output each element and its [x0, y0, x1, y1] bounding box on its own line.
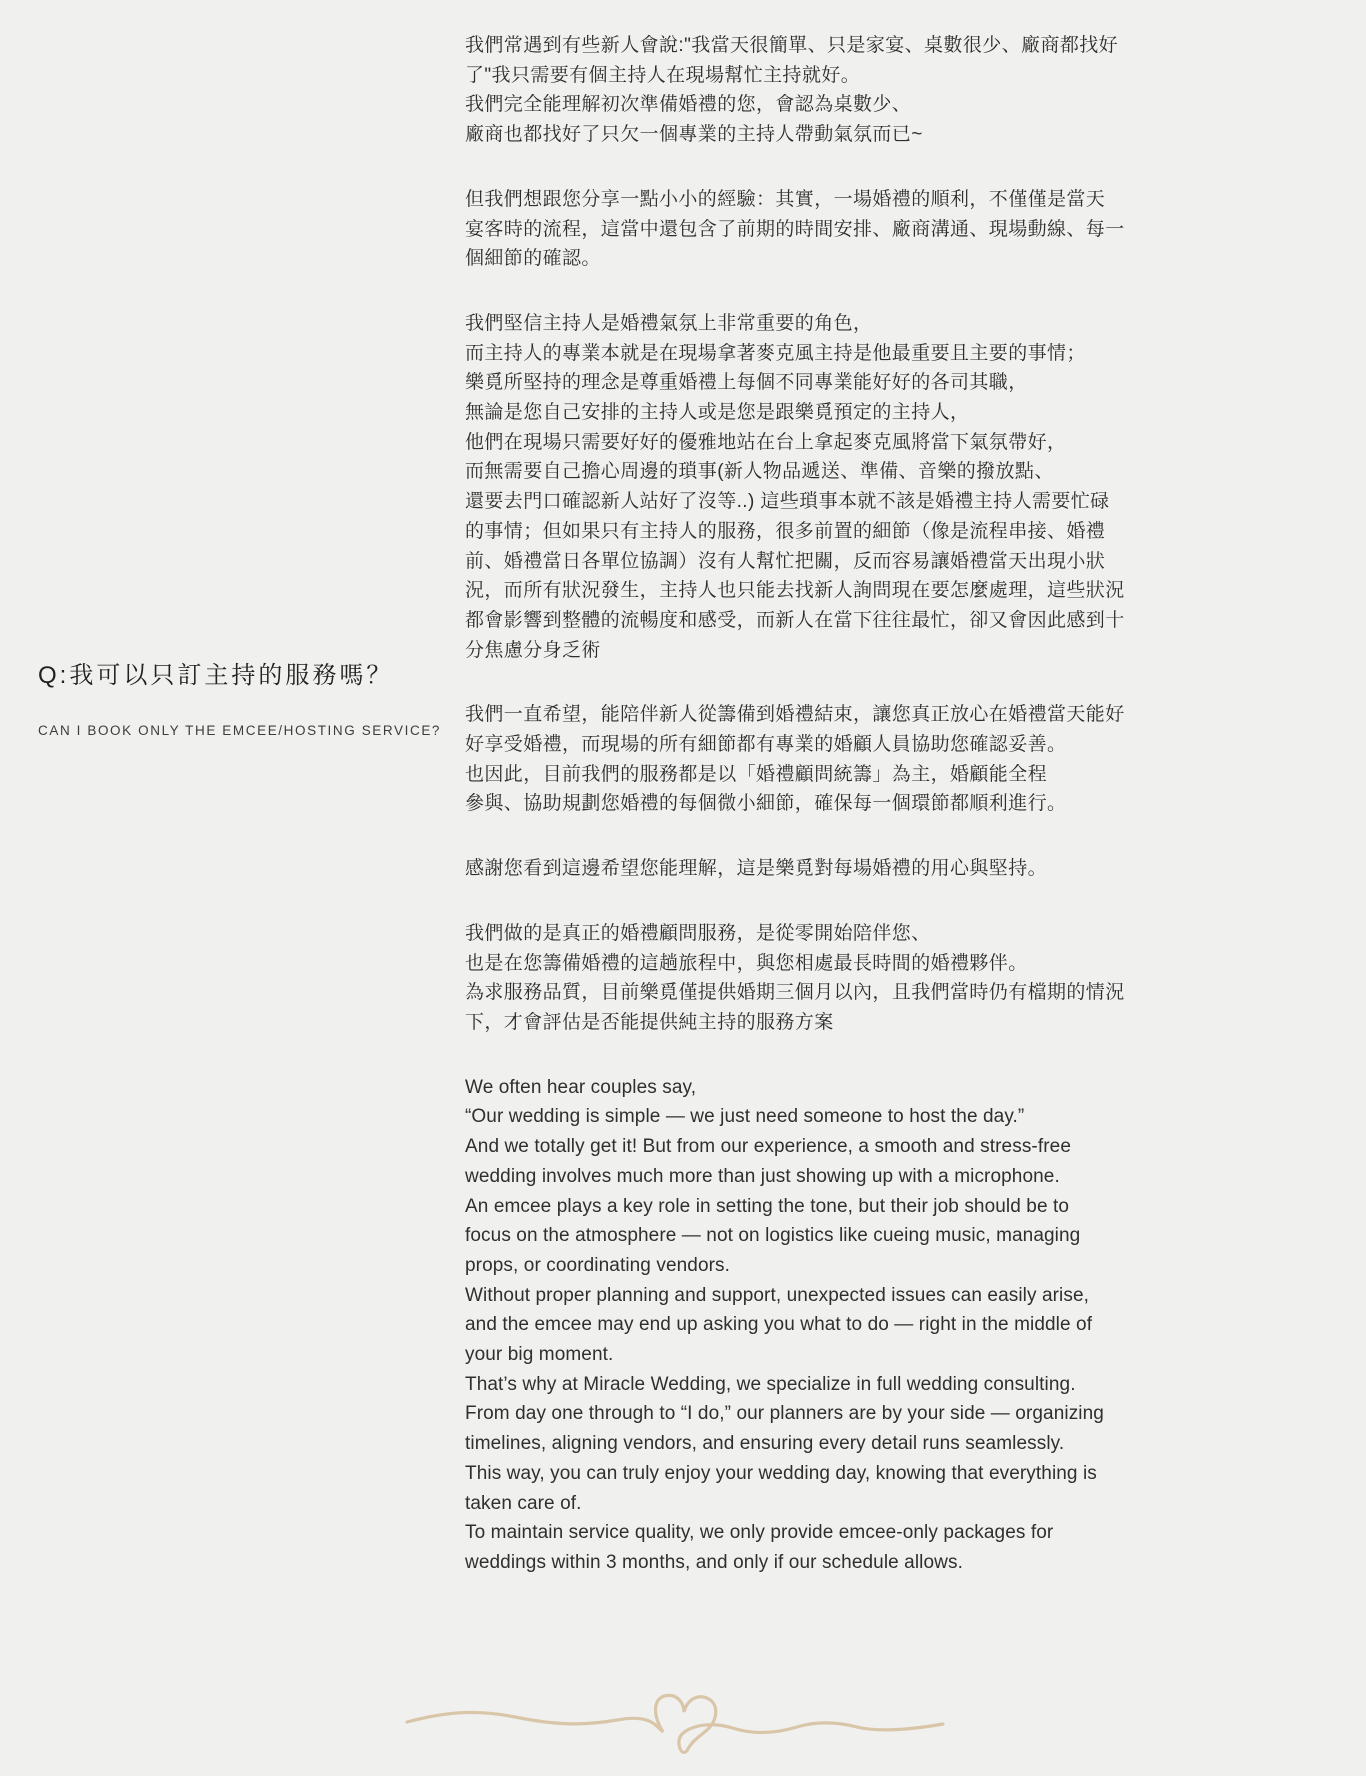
- faq-question-block: Q:我可以只訂主持的服務嗎？ CAN I BOOK ONLY THE EMCEE…: [38, 655, 468, 738]
- answer-paragraph-zh: 但我們想跟您分享一點小小的經驗：其實，一場婚禮的順利，不僅僅是當天 宴客時的流程…: [465, 185, 1190, 274]
- answer-paragraph-zh: 我們一直希望，能陪伴新人從籌備到婚禮結束，讓您真正放心在婚禮當天能好 好享受婚禮…: [465, 700, 1190, 819]
- answer-paragraph-zh: 我們做的是真正的婚禮顧問服務，是從零開始陪伴您、 也是在您籌備婚禮的這趟旅程中，…: [465, 919, 1190, 1038]
- answer-paragraphs-zh: 我們常遇到有些新人會說:"我當天很簡單、只是家宴、桌數很少、廠商都找好 了"我只…: [465, 31, 1190, 1038]
- heart-squiggle-icon: [405, 1692, 945, 1756]
- question-title-zh: Q:我可以只訂主持的服務嗎？: [38, 655, 468, 690]
- question-subtitle-en: CAN I BOOK ONLY THE EMCEE/HOSTING SERVIC…: [38, 723, 468, 738]
- faq-answer-body: 我們常遇到有些新人會說:"我當天很簡單、只是家宴、桌數很少、廠商都找好 了"我只…: [465, 31, 1190, 1578]
- answer-paragraph-zh: 感謝您看到這邊希望您能理解，這是樂覓對每場婚禮的用心與堅持。: [465, 854, 1190, 884]
- answer-paragraph-zh: 我們堅信主持人是婚禮氣氛上非常重要的角色， 而主持人的專業本就是在現場拿著麥克風…: [465, 309, 1190, 665]
- answer-paragraph-zh: 我們常遇到有些新人會說:"我當天很簡單、只是家宴、桌數很少、廠商都找好 了"我只…: [465, 31, 1190, 150]
- answer-paragraph-en: We often hear couples say, “Our wedding …: [465, 1073, 1190, 1578]
